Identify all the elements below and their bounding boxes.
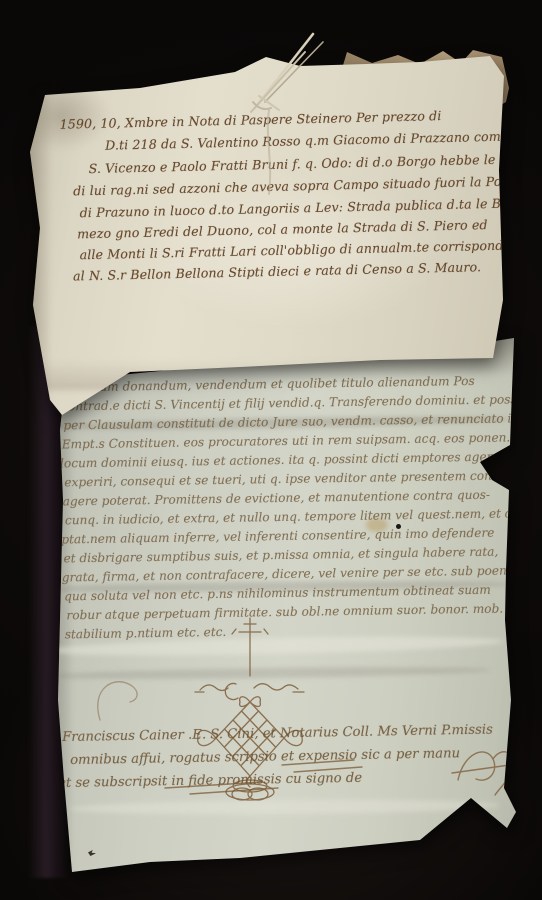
manuscript-line: cunq. in iudicio, et extra, et nullo unq…	[65, 506, 541, 527]
manuscript-line: dandum donandum, vendendum et quolibet t…	[69, 374, 475, 394]
paper-speck	[88, 850, 96, 856]
manuscript-line: et disbrigare sumptibus suis, et p.missa…	[63, 545, 498, 566]
manuscript-line: experiri, consequi et se tueri, uti q. i…	[64, 468, 505, 489]
signature-flourishes	[60, 660, 530, 800]
manuscript-line: locum dominii eiusq. ius et actiones. it…	[60, 450, 500, 471]
manuscript-line: ptat.nem aliquam inferre, vel inferenti …	[61, 526, 494, 547]
manuscript-line: contrad.e dicti S. Vincentij et filij ve…	[61, 392, 540, 414]
manuscript-line: agere poterat. Promittens de evictione, …	[63, 488, 491, 509]
twine-tie	[225, 12, 355, 202]
parchment-leaf: dandum donandum, vendendum et quolibet t…	[40, 330, 520, 878]
photo-background: dandum donandum, vendendum et quolibet t…	[0, 0, 542, 900]
manuscript-line: per Clausulam constituti de dicto Jure s…	[63, 411, 542, 433]
manuscript-line: Empt.s Constituen. eos procuratores uti …	[62, 430, 526, 451]
